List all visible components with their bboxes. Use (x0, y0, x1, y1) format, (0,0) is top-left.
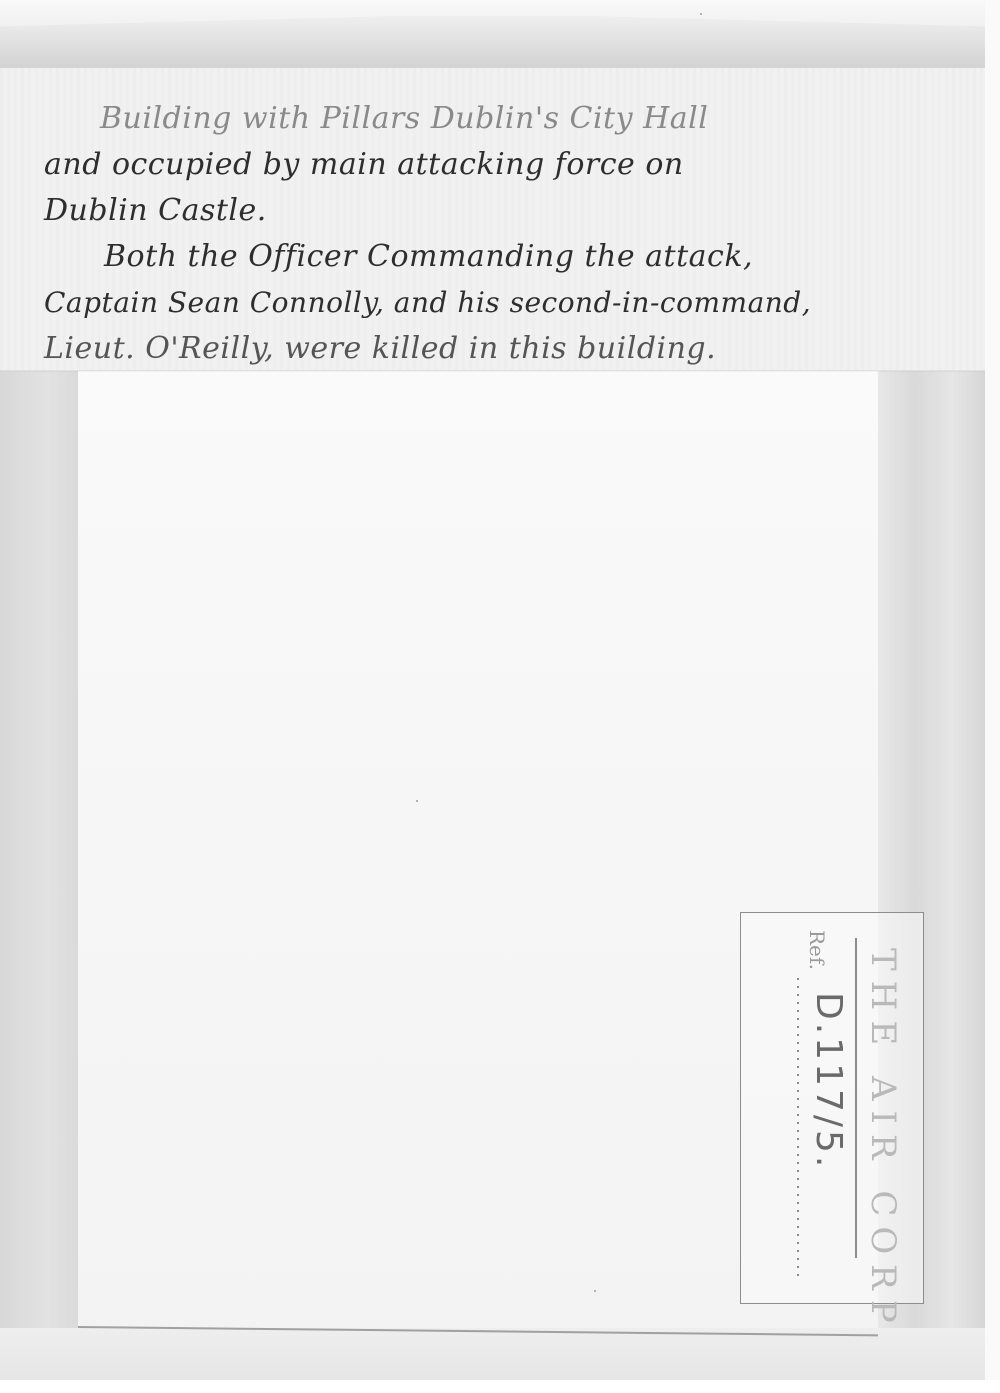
stamp-ref-label: Ref. (805, 930, 829, 970)
paper-speck (594, 1290, 596, 1292)
caption-label: Building with Pillars Dublin's City Hall… (0, 68, 985, 371)
stamp-divider (856, 938, 858, 1258)
scan-margin (985, 0, 1000, 1393)
caption-line: Building with Pillars Dublin's City Hall (44, 96, 974, 142)
caption-line: and occupied by main attacking force on (44, 142, 974, 188)
sleeve-fold (0, 16, 985, 68)
handwritten-caption: Building with Pillars Dublin's City Hall… (44, 96, 974, 372)
scan-margin-bottom (0, 1380, 1000, 1393)
stamp-organization: THE AIR CORPS (863, 948, 903, 1366)
paper-speck (700, 13, 702, 15)
caption-line: Lieut. O'Reilly, were killed in this bui… (44, 326, 974, 372)
sleeve-top-flap (0, 0, 985, 69)
caption-line: Captain Sean Connolly, and his second-in… (44, 280, 974, 326)
paper-speck (416, 800, 418, 802)
stamp-ref-number: D.117/5. (808, 992, 849, 1170)
scanned-document: Building with Pillars Dublin's City Hall… (0, 0, 1000, 1393)
reference-stamp: THE AIR CORPS Ref. D.117/5. (740, 912, 924, 1304)
stamp-dotted-line (797, 978, 799, 1278)
caption-line: Both the Officer Commanding the attack, (44, 234, 974, 280)
caption-line: Dublin Castle. (44, 188, 974, 234)
